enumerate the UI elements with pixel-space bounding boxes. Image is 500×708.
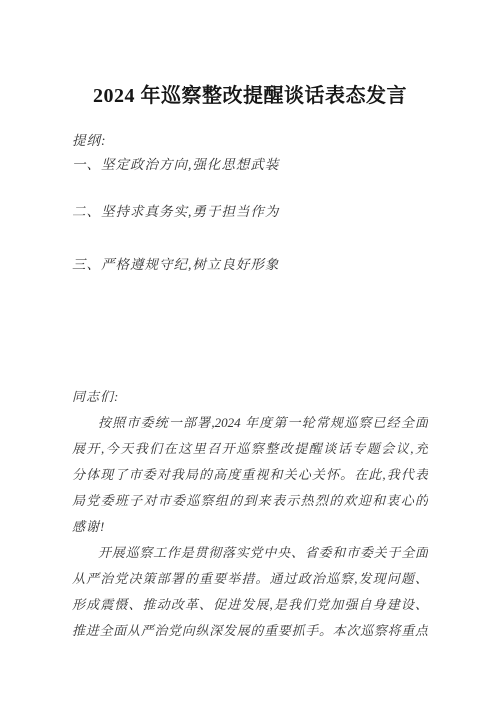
body-text-line: 感谢! <box>72 514 428 540</box>
body-text-line: 从严治党决策部署的重要举措。通过政治巡察,发现问题、 <box>72 566 428 592</box>
document-title: 2024 年巡察整改提醒谈话表态发言 <box>0 79 500 108</box>
body-text-line: 开展巡察工作是贯彻落实党中央、省委和市委关于全面 <box>72 540 428 566</box>
body-text-line: 推进全面从严治党向纵深发展的重要抓手。本次巡察将重点 <box>72 618 428 644</box>
document-page: 2024 年巡察整改提醒谈话表态发言 提纲: 一、坚定政治方向,强化思想武装 二… <box>0 0 500 708</box>
outline-item-1: 一、坚定政治方向,强化思想武装 <box>72 152 279 178</box>
body-text-block: 同志们: 按照市委统一部署,2024 年度第一轮常规巡察已经全面 展开,今天我们… <box>72 384 428 644</box>
body-text-line: 形成震慑、推动改革、促进发展,是我们党加强自身建设、 <box>72 592 428 618</box>
body-text-line: 展开,今天我们在这里召开巡察整改提醒谈话专题会议,充 <box>72 436 428 462</box>
outline-label: 提纲: <box>72 128 107 154</box>
body-text-line: 局党委班子对市委巡察组的到来表示热烈的欢迎和衷心的 <box>72 488 428 514</box>
body-text-line: 按照市委统一部署,2024 年度第一轮常规巡察已经全面 <box>72 410 428 436</box>
body-text-line: 分体现了市委对我局的高度重视和关心关怀。在此,我代表 <box>72 462 428 488</box>
outline-item-3: 三、严格遵规守纪,树立良好形象 <box>72 252 279 278</box>
body-salutation: 同志们: <box>72 384 428 410</box>
outline-item-2: 二、坚持求真务实,勇于担当作为 <box>72 199 279 225</box>
